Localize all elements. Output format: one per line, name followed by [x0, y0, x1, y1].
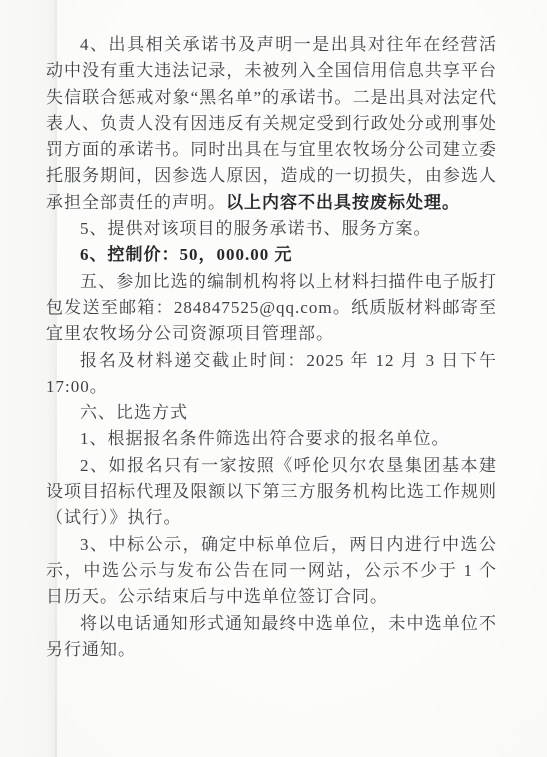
paragraph-method-1-screening: 1、根据报名条件筛选出符合要求的报名单位。 [46, 426, 497, 452]
paragraph-submission-deadline: 报名及材料递交截止时间：2025 年 12 月 3 日下午 17:00。 [46, 348, 497, 401]
bold-text-segment: 6、控制价：50，000.00 元 [80, 245, 293, 264]
text-segment: 将以电话通知形式通知最终中选单位，未中选单位不另行通知。 [46, 614, 497, 659]
text-segment: 2、如报名只有一家按照《呼伦贝尔农垦集团基本建设项目招标代理及限额以下第三方服务… [46, 456, 497, 528]
text-segment: 5、提供对该项目的服务承诺书、服务方案。 [80, 219, 432, 238]
paragraph-notification-by-phone: 将以电话通知形式通知最终中选单位，未中选单位不另行通知。 [46, 611, 497, 664]
text-segment: 报名及材料递交截止时间：2025 年 12 月 3 日下午 17:00。 [46, 351, 497, 396]
document-body: 4、出具相关承诺书及声明一是出具对往年在经营活动中没有重大违法记录，未被列入全国… [46, 32, 497, 663]
paragraph-method-3-award-publicity: 3、中标公示，确定中标单位后，两日内进行中选公示，中选公示与发布公告在同一网站，… [46, 532, 497, 611]
paragraph-section-6-heading-selection-method: 六、比选方式 [46, 400, 497, 426]
text-segment: 3、中标公示，确定中标单位后，两日内进行中选公示，中选公示与发布公告在同一网站，… [46, 535, 497, 607]
text-segment: 4、出具相关承诺书及声明一是出具对往年在经营活动中没有重大违法记录，未被列入全国… [46, 35, 497, 212]
bold-text-segment: 以上内容不出具按废标处理。 [226, 193, 460, 212]
text-segment: 1、根据报名条件筛选出符合要求的报名单位。 [80, 429, 450, 448]
paragraph-item-4-commitment-letters: 4、出具相关承诺书及声明一是出具对往年在经营活动中没有重大违法记录，未被列入全国… [46, 32, 497, 216]
paragraph-method-2-single-applicant-rule: 2、如报名只有一家按照《呼伦贝尔农垦集团基本建设项目招标代理及限额以下第三方服务… [46, 453, 497, 532]
paragraph-item-6-control-price: 6、控制价：50，000.00 元 [46, 242, 497, 268]
scanned-document-page: 4、出具相关承诺书及声明一是出具对往年在经营活动中没有重大违法记录，未被列入全国… [0, 0, 547, 757]
text-segment: 六、比选方式 [80, 403, 188, 422]
text-segment: 五、参加比选的编制机构将以上材料扫描件电子版打包发送至邮箱：284847525@… [46, 272, 497, 344]
paragraph-item-5-service-plan: 5、提供对该项目的服务承诺书、服务方案。 [46, 216, 497, 242]
paragraph-section-5-material-submission: 五、参加比选的编制机构将以上材料扫描件电子版打包发送至邮箱：284847525@… [46, 269, 497, 348]
